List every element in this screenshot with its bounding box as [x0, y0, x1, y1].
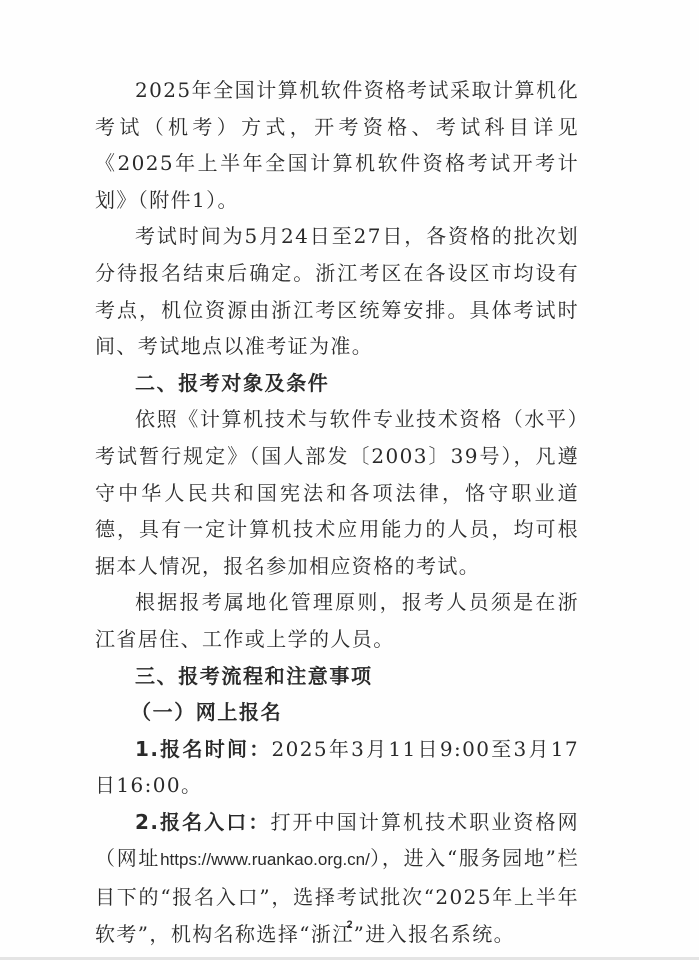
paragraph-exam-format: 2025年全国计算机软件资格考试采取计算机化考试（机考）方式，开考资格、考试科目… [95, 72, 579, 218]
subsection-heading-online-registration: （一）网上报名 [95, 694, 579, 731]
registration-website-link[interactable]: https://www.ruankao.org.cn/ [160, 850, 370, 869]
item-registration-time: 1.报名时间：2025年3月11日9:00至3月17日16:00。 [95, 731, 579, 804]
item-registration-time-label: 1.报名时间： [135, 737, 272, 761]
section-heading-process: 三、报考流程和注意事项 [95, 658, 579, 695]
paragraph-residency-rule: 根据报考属地化管理原则，报考人员须是在浙江省居住、工作或上学的人员。 [95, 584, 579, 657]
item-registration-entry-label: 2.报名入口： [135, 810, 270, 834]
document-body: 2025年全国计算机软件资格考试采取计算机化考试（机考）方式，开考资格、考试科目… [95, 72, 579, 952]
section-heading-eligibility: 二、报考对象及条件 [95, 365, 579, 402]
document-page: 2025年全国计算机软件资格考试采取计算机化考试（机考）方式，开考资格、考试科目… [0, 0, 699, 960]
paragraph-exam-time: 考试时间为5月24日至27日，各资格的批次划分待报名结束后确定。浙江考区在各设区… [95, 218, 579, 364]
page-number: 2 [0, 919, 699, 931]
paragraph-eligibility-rules: 依照《计算机技术与软件专业技术资格（水平）考试暂行规定》（国人部发〔2003〕3… [95, 401, 579, 584]
